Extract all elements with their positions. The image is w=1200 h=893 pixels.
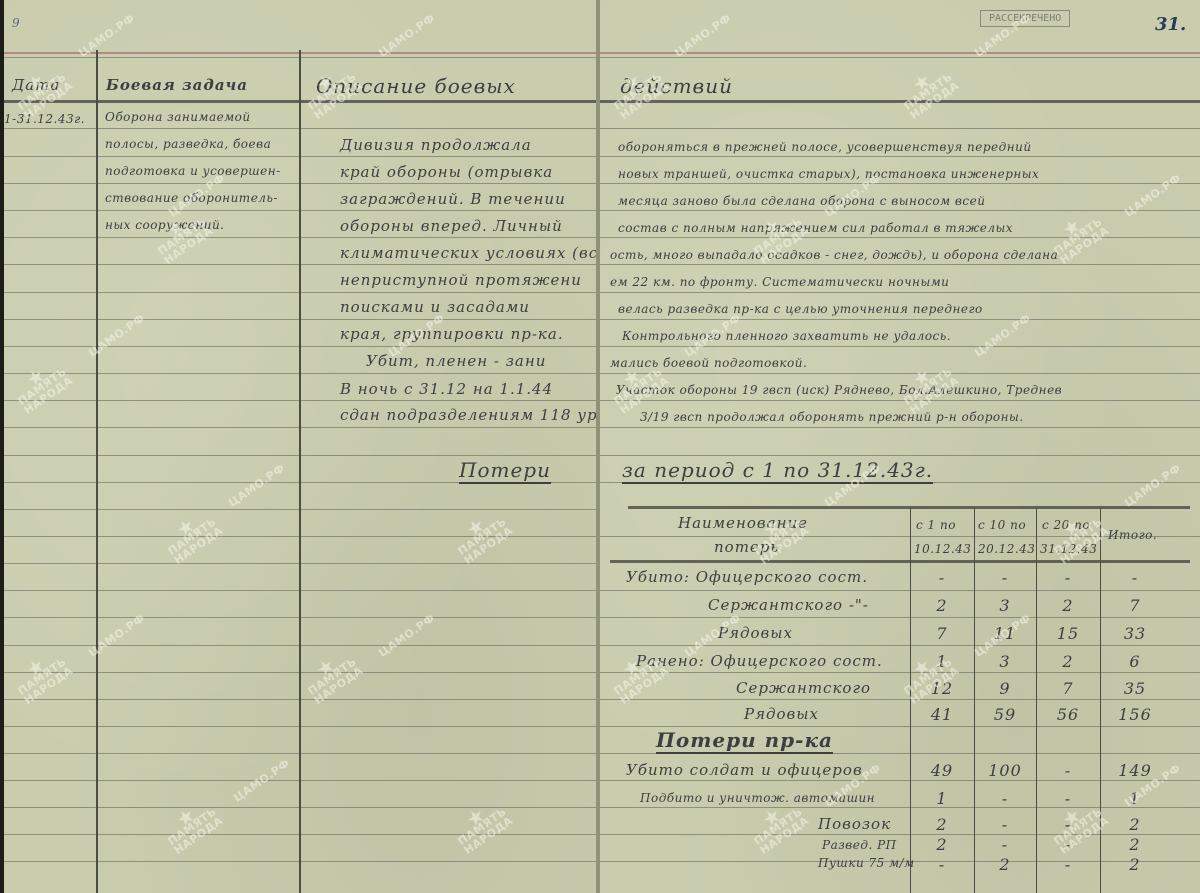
star-icon: ★	[10, 357, 63, 398]
row-label: Повозок	[818, 815, 891, 833]
column-header-task: Боевая задача	[106, 76, 248, 94]
rule-line	[4, 617, 598, 618]
task-line: ствование оборонитель-	[105, 191, 278, 205]
description-line: Убит, пленен - зани	[366, 352, 546, 370]
description-line: ость, много выпадало осадков - снег, дож…	[610, 248, 1058, 262]
cell: -	[1038, 815, 1098, 834]
cell: -	[975, 835, 1035, 854]
column-header-description: Описание боевых	[316, 74, 516, 98]
rule-line	[600, 319, 1200, 320]
cell: -	[975, 789, 1035, 808]
description-line: В ночь с 31.12 на 1.1.44	[340, 380, 553, 398]
rule-line	[600, 237, 1200, 238]
rule-line	[600, 617, 1200, 618]
rule-line	[4, 57, 598, 58]
star-icon: ★	[160, 507, 213, 548]
rule-line	[600, 590, 1200, 591]
cell: 156	[1105, 705, 1165, 724]
rule-line	[4, 455, 598, 456]
row-label: Сержантского -"-	[708, 596, 869, 614]
rule-line	[600, 264, 1200, 265]
rule-line	[4, 237, 598, 238]
rule-line	[4, 128, 598, 129]
table-column-divider	[1036, 508, 1037, 893]
cell: 1	[912, 789, 972, 808]
rule-line	[600, 400, 1200, 401]
watermark-line: ПАМЯТЬ	[456, 805, 509, 848]
description-line: неприступной протяжени	[340, 271, 582, 289]
rule-line	[4, 645, 598, 646]
watermark-line: НАРОДА	[462, 524, 516, 567]
cell: 59	[975, 705, 1035, 724]
losses-title: Потери	[459, 458, 551, 484]
left-page: 9 Дата Боевая задача Описание боевых 1-3…	[4, 0, 598, 893]
description-line: новых траншей, очистка старых), постанов…	[618, 167, 1039, 181]
rule-line	[4, 726, 598, 727]
description-line: ем 22 км. по фронту. Систематически ночн…	[610, 275, 949, 289]
row-label: Убито солдат и офицеров	[626, 761, 863, 779]
watermark: ЦАМО.РФ	[377, 612, 437, 659]
table-top-rule	[628, 506, 1190, 509]
rule-line	[600, 780, 1200, 781]
description-line: края, группировки пр-ка.	[340, 325, 564, 343]
row-label: Развед. РП	[822, 838, 897, 852]
watermark-pamyat: ★ПАМЯТЬНАРОДА	[896, 62, 961, 121]
column-header-description-cont: действий	[620, 74, 733, 98]
description-line: состав с полным напряжением сил работал …	[618, 221, 1013, 235]
watermark-pamyat: ★ПАМЯТЬНАРОДА	[10, 357, 75, 416]
cell: -	[975, 815, 1035, 834]
table-header-period: 31.12.43	[1040, 542, 1097, 556]
cell: 7	[912, 624, 972, 643]
watermark-line: ПАМЯТЬ	[16, 365, 69, 408]
cell: 2	[912, 815, 972, 834]
watermark-line: НАРОДА	[172, 524, 226, 567]
column-divider	[96, 50, 98, 893]
description-line: заграждений. В течении	[340, 190, 566, 208]
cell: 9	[975, 679, 1035, 698]
cell: -	[912, 855, 972, 874]
row-label: Рядовых	[718, 624, 793, 642]
rule-line	[4, 210, 598, 211]
cell: 100	[975, 761, 1035, 780]
rule-line	[4, 156, 598, 157]
table-column-divider	[910, 508, 911, 893]
table-header-total: Итого.	[1108, 528, 1157, 542]
description-line: велась разведка пр-ка с целью уточнения …	[618, 302, 983, 316]
table-header-name: Наименование	[678, 514, 808, 532]
rule-line	[600, 455, 1200, 456]
table-header-period: 20.12.43	[978, 542, 1035, 556]
cell: -	[912, 568, 972, 587]
row-label: Рядовых	[744, 705, 819, 723]
description-line: 3/19 гвсп продолжал оборонять прежний р-…	[640, 410, 1024, 424]
rule-line	[4, 672, 598, 673]
star-icon: ★	[896, 62, 949, 103]
row-label: Сержантского	[736, 679, 871, 697]
rule-line	[4, 861, 598, 862]
cell: 11	[975, 624, 1035, 643]
cell: -	[1038, 568, 1098, 587]
cell: -	[1038, 789, 1098, 808]
table-column-divider	[1100, 508, 1101, 893]
cell: 2	[975, 855, 1035, 874]
watermark-line: НАРОДА	[1058, 224, 1112, 267]
cell: -	[1038, 855, 1098, 874]
rule-line	[600, 346, 1200, 347]
watermark: ЦАМО.РФ	[1123, 462, 1183, 509]
row-label: Ранено: Офицерского сост.	[636, 652, 883, 670]
rule-line	[4, 536, 598, 537]
watermark-pamyat: ★ПАМЯТЬНАРОДА	[10, 647, 75, 706]
watermark-line: НАРОДА	[22, 664, 76, 707]
description-line: климатических условиях (вср	[340, 244, 598, 262]
cell: 7	[1038, 679, 1098, 698]
margin-red-line	[600, 52, 1200, 54]
cell: 3	[975, 652, 1035, 671]
watermark-line: НАРОДА	[312, 664, 366, 707]
watermark-pamyat: ★ПАМЯТЬНАРОДА	[300, 647, 365, 706]
star-icon: ★	[10, 647, 63, 688]
column-header-date: Дата	[12, 76, 60, 94]
description-line: обороны вперед. Личный	[340, 217, 563, 235]
watermark: ЦАМО.РФ	[1123, 172, 1183, 219]
cell: 2	[1105, 855, 1165, 874]
declassified-stamp: РАССЕКРЕЧЕНО	[980, 10, 1070, 27]
rule-line	[4, 427, 598, 428]
row-label: Пушки 75 м/м	[818, 856, 915, 870]
table-header-period: с 20 по	[1042, 518, 1090, 532]
table-header-period: с 1 по	[916, 518, 956, 532]
cell: 15	[1038, 624, 1098, 643]
description-line: Участок обороны 19 гвсп (иск) Ряднево, Б…	[616, 383, 1062, 397]
description-line: мались боевой подготовкой.	[610, 356, 807, 370]
cell: -	[1038, 835, 1098, 854]
cell: 1	[1105, 789, 1165, 808]
watermark-line: ПАМЯТЬ	[166, 805, 219, 848]
cell: 2	[912, 596, 972, 615]
rule-line	[600, 645, 1200, 646]
rule-line	[4, 292, 598, 293]
watermark: ЦАМО.РФ	[227, 462, 287, 509]
cell: 7	[1105, 596, 1165, 615]
rule-line	[4, 563, 598, 564]
entry-date: 1-31.12.43г.	[4, 112, 85, 126]
cell: 6	[1105, 652, 1165, 671]
watermark-pamyat: ★ПАМЯТЬНАРОДА	[450, 797, 515, 856]
rule-line	[4, 807, 598, 808]
watermark-line: ПАМЯТЬ	[752, 805, 805, 848]
enemy-losses-title: Потери пр-ка	[656, 728, 833, 754]
rule-line	[4, 753, 598, 754]
cell: -	[1038, 761, 1098, 780]
rule-line	[4, 319, 598, 320]
rule-line	[4, 834, 598, 835]
watermark-line: НАРОДА	[462, 814, 516, 857]
cell: 2	[912, 835, 972, 854]
cell: 2	[1038, 596, 1098, 615]
rule-line	[600, 156, 1200, 157]
rule-line	[600, 57, 1200, 58]
watermark-pamyat: ★ПАМЯТЬНАРОДА	[746, 797, 811, 856]
rule-line	[4, 373, 598, 374]
rule-line	[600, 699, 1200, 700]
cell: 33	[1105, 624, 1165, 643]
task-line: подготовка и усовершен-	[105, 164, 281, 178]
cell: 2	[1105, 835, 1165, 854]
star-icon: ★	[450, 507, 503, 548]
right-page: РАССЕКРЕЧЕНО 31. действий обороняться в …	[600, 0, 1200, 893]
rule-line	[4, 509, 598, 510]
cell: 56	[1038, 705, 1098, 724]
task-line: полосы, разведка, боева	[105, 137, 271, 151]
cell: 12	[912, 679, 972, 698]
rule-line	[600, 726, 1200, 727]
rule-line	[4, 780, 598, 781]
description-line: Контрольного пленного захватить не удало…	[622, 329, 951, 343]
margin-mark: 9	[12, 16, 20, 30]
star-icon: ★	[1046, 207, 1099, 248]
rule-line	[4, 346, 598, 347]
description-line: сдан подразделениям 118 ур	[340, 406, 598, 424]
watermark-line: ПАМЯТЬ	[306, 655, 359, 698]
cell: -	[1105, 568, 1165, 587]
rule-line	[4, 590, 598, 591]
watermark-line: ПАМЯТЬ	[16, 655, 69, 698]
rule-line	[4, 699, 598, 700]
cell: 41	[912, 705, 972, 724]
rule-line	[4, 400, 598, 401]
watermark-line: ПАМЯТЬ	[902, 70, 955, 113]
cell: 2	[1105, 815, 1165, 834]
description-line: Дивизия продолжала	[340, 136, 532, 154]
cell: 149	[1105, 761, 1165, 780]
row-label: Убито: Офицерского сост.	[626, 568, 868, 586]
watermark-line: НАРОДА	[618, 664, 672, 707]
description-line: обороняться в прежней полосе, усовершенс…	[618, 140, 1032, 154]
task-line: ных сооружений.	[105, 218, 225, 232]
table-header-period: с 10 по	[978, 518, 1026, 532]
table-header-name: потерь	[714, 538, 780, 556]
row-label: Подбито и уничтож. автомашин	[640, 791, 875, 805]
description-line: поисками и засадами	[340, 298, 530, 316]
star-icon: ★	[450, 797, 503, 838]
rule-line	[600, 292, 1200, 293]
rule-line	[600, 427, 1200, 428]
cell: 3	[975, 596, 1035, 615]
rule-line	[600, 373, 1200, 374]
cell: -	[975, 568, 1035, 587]
rule-line	[600, 128, 1200, 129]
star-icon: ★	[300, 647, 353, 688]
star-icon: ★	[160, 797, 213, 838]
cell: 1	[912, 652, 972, 671]
table-header-rule	[610, 560, 1190, 563]
rule-line	[4, 183, 598, 184]
task-line: Оборона занимаемой	[105, 110, 251, 124]
losses-period-title: за период с 1 по 31.12.43г.	[622, 458, 933, 484]
cell: 49	[912, 761, 972, 780]
table-header-period: 10.12.43	[914, 542, 971, 556]
rule-line	[600, 672, 1200, 673]
cell: 35	[1105, 679, 1165, 698]
header-rule	[4, 100, 598, 103]
rule-line	[600, 210, 1200, 211]
watermark-pamyat: ★ПАМЯТЬНАРОДА	[160, 797, 225, 856]
watermark-line: НАРОДА	[172, 814, 226, 857]
description-line: край обороны (отрывка	[340, 163, 553, 181]
description-line: месяца заново была сделана оборона с вын…	[618, 194, 985, 208]
rule-line	[600, 183, 1200, 184]
cell: 2	[1038, 652, 1098, 671]
rule-line	[4, 264, 598, 265]
page-number: 31.	[1155, 14, 1186, 35]
watermark-line: НАРОДА	[758, 814, 812, 857]
watermark-line: НАРОДА	[22, 374, 76, 417]
header-rule	[600, 100, 1200, 103]
margin-red-line	[4, 52, 598, 54]
column-divider	[299, 50, 301, 893]
